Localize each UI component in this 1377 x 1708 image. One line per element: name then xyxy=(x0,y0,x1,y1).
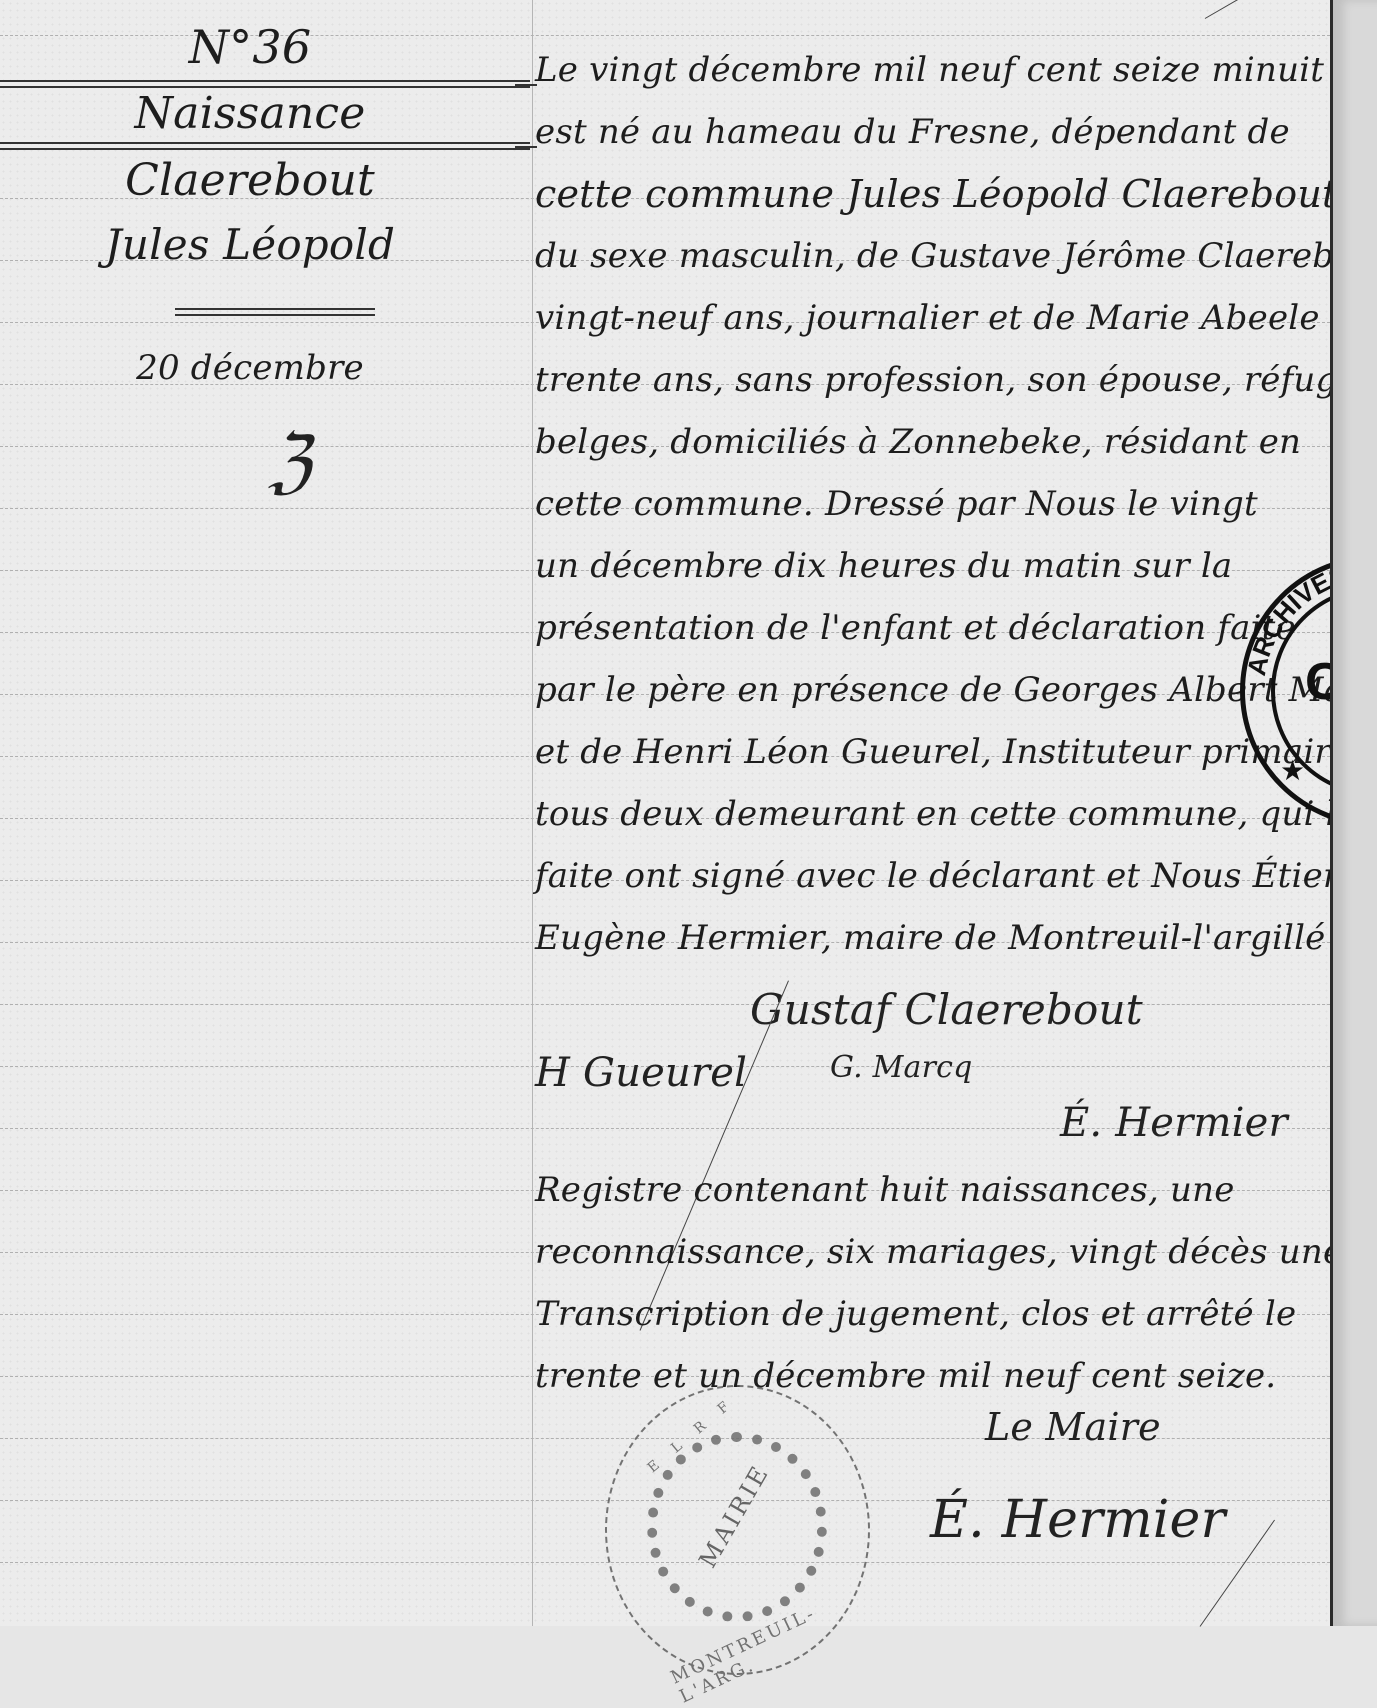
body-line: un décembre dix heures du matin sur la xyxy=(535,546,1232,586)
double-rule xyxy=(0,80,530,82)
body-line: trente ans, sans profession, son épouse,… xyxy=(535,360,1377,400)
margin-given-names: Jules Léopold xyxy=(0,220,500,269)
closing-line: trente et un décembre mil neuf cent seiz… xyxy=(535,1356,1276,1396)
double-rule xyxy=(0,142,530,144)
body-line: Le vingt décembre mil neuf cent seize mi… xyxy=(535,50,1324,90)
dash-mark xyxy=(515,84,537,86)
margin-date: 20 décembre xyxy=(0,348,500,388)
closing-signature: É. Hermier xyxy=(930,1490,1226,1550)
signature-witness-2: G. Marcq xyxy=(830,1050,973,1085)
body-line: faite ont signé avec le déclarant et Nou… xyxy=(535,856,1377,896)
register-page: N°36 Naissance Claerebout Jules Léopold … xyxy=(0,0,1377,1626)
body-line: présentation de l'enfant et déclaration … xyxy=(535,608,1296,648)
margin-surname: Claerebout xyxy=(0,155,500,206)
body-line: cette commune Jules Léopold Claerebout xyxy=(535,172,1337,216)
closing-line: reconnaissance, six mariages, vingt décè… xyxy=(535,1232,1343,1272)
body-line: vingt-neuf ans, journalier et de Marie A… xyxy=(535,298,1320,338)
signature-mayor: É. Hermier xyxy=(1060,1100,1288,1146)
entry-number: N°36 xyxy=(0,20,500,74)
act-type: Naissance xyxy=(0,88,500,139)
body-line: belges, domiciliés à Zonnebeke, résidant… xyxy=(535,422,1301,462)
closing-line: Transcription de jugement, clos et arrêt… xyxy=(535,1294,1296,1334)
body-line: est né au hameau du Fresne, dépendant de xyxy=(535,112,1290,152)
margin-line xyxy=(532,0,533,1626)
body-line: Eugène Hermier, maire de Montreuil-l'arg… xyxy=(535,918,1326,958)
closing-line: Registre contenant huit naissances, une xyxy=(535,1170,1235,1210)
body-line: cette commune. Dressé par Nous le vingt xyxy=(535,484,1258,524)
signature-declarant: Gustaf Claerebout xyxy=(750,985,1143,1034)
dash-mark xyxy=(515,146,537,148)
pen-stroke xyxy=(1205,0,1257,19)
body-line: et de Henri Léon Gueurel, Instituteur pr… xyxy=(535,732,1351,772)
clerk-flourish: ℨ xyxy=(268,420,311,502)
pen-stroke xyxy=(640,981,789,1331)
separator-rule xyxy=(175,314,375,316)
double-rule xyxy=(0,148,530,150)
closing-title: Le Maire xyxy=(985,1405,1161,1449)
signature-witness-1: H Gueurel xyxy=(535,1050,747,1096)
page-binding-edge xyxy=(1330,0,1377,1626)
separator-rule xyxy=(175,308,375,310)
mairie-seal: E L R F MAIRIE MONTREUIL-L'ARG. xyxy=(605,1385,870,1626)
body-line: du sexe masculin, de Gustave Jérôme Clae… xyxy=(535,236,1377,276)
